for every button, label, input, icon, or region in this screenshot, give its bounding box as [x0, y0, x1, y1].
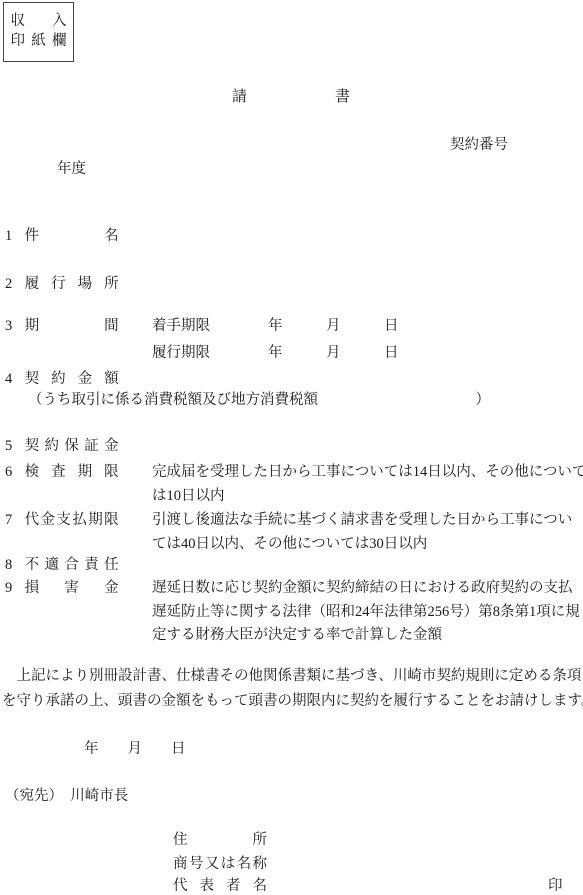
item-4-tax-note-row: （うち取引に係る消費税額及び地方消費税額 ） — [28, 392, 490, 409]
item-1-label: 件名 — [25, 228, 119, 245]
address-label: 住所 — [173, 832, 267, 849]
representative-label: 代表者名 — [173, 878, 267, 895]
recipient-line: （宛先） 川崎市長 — [5, 788, 128, 805]
body-paragraph-line-1: 上記により別冊設計書、仕様書その他関係書類に基づき、川崎市契約規則に定める条項 — [2, 668, 581, 685]
item-6-number: 6 — [5, 464, 21, 481]
document-title: 請書 — [232, 88, 350, 106]
revenue-stamp-label-line2: 印紙欄 — [11, 31, 67, 51]
item-row-5: 5 契約保証金 — [5, 438, 119, 455]
item-6-desc-line-1: 完成届を受理した日から工事については14日以内、その他について — [152, 464, 583, 481]
item-4-label: 契約金額 — [25, 371, 119, 388]
item-1-number: 1 — [5, 228, 21, 245]
item-3-label: 期間 — [25, 318, 119, 335]
tax-note-close-paren: ） — [476, 392, 491, 409]
fiscal-year-label: 年度 — [57, 161, 86, 178]
item-row-2: 2 履行場所 — [5, 276, 119, 293]
company-name-label: 商号又は名称 — [173, 856, 267, 873]
item-row-7: 7 代金支払期限 — [5, 512, 119, 529]
item-7-number: 7 — [5, 512, 21, 529]
date-line: 年 月 日 — [84, 741, 186, 758]
item-row-8: 8 不適合責任 — [5, 557, 119, 574]
item-3-number: 3 — [5, 318, 21, 335]
item-5-label: 契約保証金 — [25, 438, 119, 455]
item-7-desc-line-2: ては40日以内、その他については30日以内 — [152, 536, 427, 553]
revenue-stamp-box: 収入 印紙欄 — [3, 2, 74, 62]
body-paragraph-line-2: を守り承諾の上、頭書の金額をもって頭書の期限内に契約を履行することをお請けします… — [2, 693, 583, 710]
item-3-deadline-completion-row: 履行期限 年 月 日 — [152, 345, 399, 362]
representative-row: 代表者名 — [173, 878, 267, 895]
seal-mark: 印 — [548, 878, 563, 895]
item-row-9: 9 損害金 — [5, 580, 119, 597]
item-row-3: 3 期間 — [5, 318, 119, 335]
item-9-desc-line-1: 遅延日数に応じ契約金額に契約締結の日における政府契約の支払 — [152, 580, 573, 597]
item-4-number: 4 — [5, 371, 21, 388]
item-row-1: 1 件名 — [5, 228, 119, 245]
item-8-label: 不適合責任 — [25, 557, 119, 574]
address-row: 住所 — [173, 832, 267, 849]
item-9-desc-line-2: 遅延防止等に関する法律（昭和24年法律第256号）第8条第1項に規 — [152, 604, 580, 621]
item-9-number: 9 — [5, 580, 21, 597]
item-8-number: 8 — [5, 557, 21, 574]
document-page: 収入 印紙欄 請書 契約番号 年度 1 件名 2 履行場所 3 期間 着手期限 … — [0, 0, 583, 895]
tax-note-text: （うち取引に係る消費税額及び地方消費税額 — [28, 392, 318, 409]
item-row-4: 4 契約金額 — [5, 371, 119, 388]
item-row-6: 6 検査期限 — [5, 464, 119, 481]
item-2-number: 2 — [5, 276, 21, 293]
item-5-number: 5 — [5, 438, 21, 455]
item-7-desc-line-1: 引渡し後適法な手続に基づく請求書を受理した日から工事につい — [152, 512, 572, 529]
item-6-desc-line-2: は10日以内 — [152, 488, 225, 505]
company-name-row: 商号又は名称 — [173, 856, 267, 873]
item-9-label: 損害金 — [25, 580, 119, 597]
item-6-label: 検査期限 — [25, 464, 119, 481]
item-9-desc-line-3: 定する財務大臣が決定する率で計算した金額 — [152, 627, 442, 644]
revenue-stamp-label-line1: 収入 — [11, 11, 67, 31]
item-7-label: 代金支払期限 — [25, 512, 119, 529]
item-2-label: 履行場所 — [25, 276, 119, 293]
contract-number-label: 契約番号 — [450, 137, 508, 154]
item-3-deadline-start-row: 着手期限 年 月 日 — [152, 318, 399, 335]
